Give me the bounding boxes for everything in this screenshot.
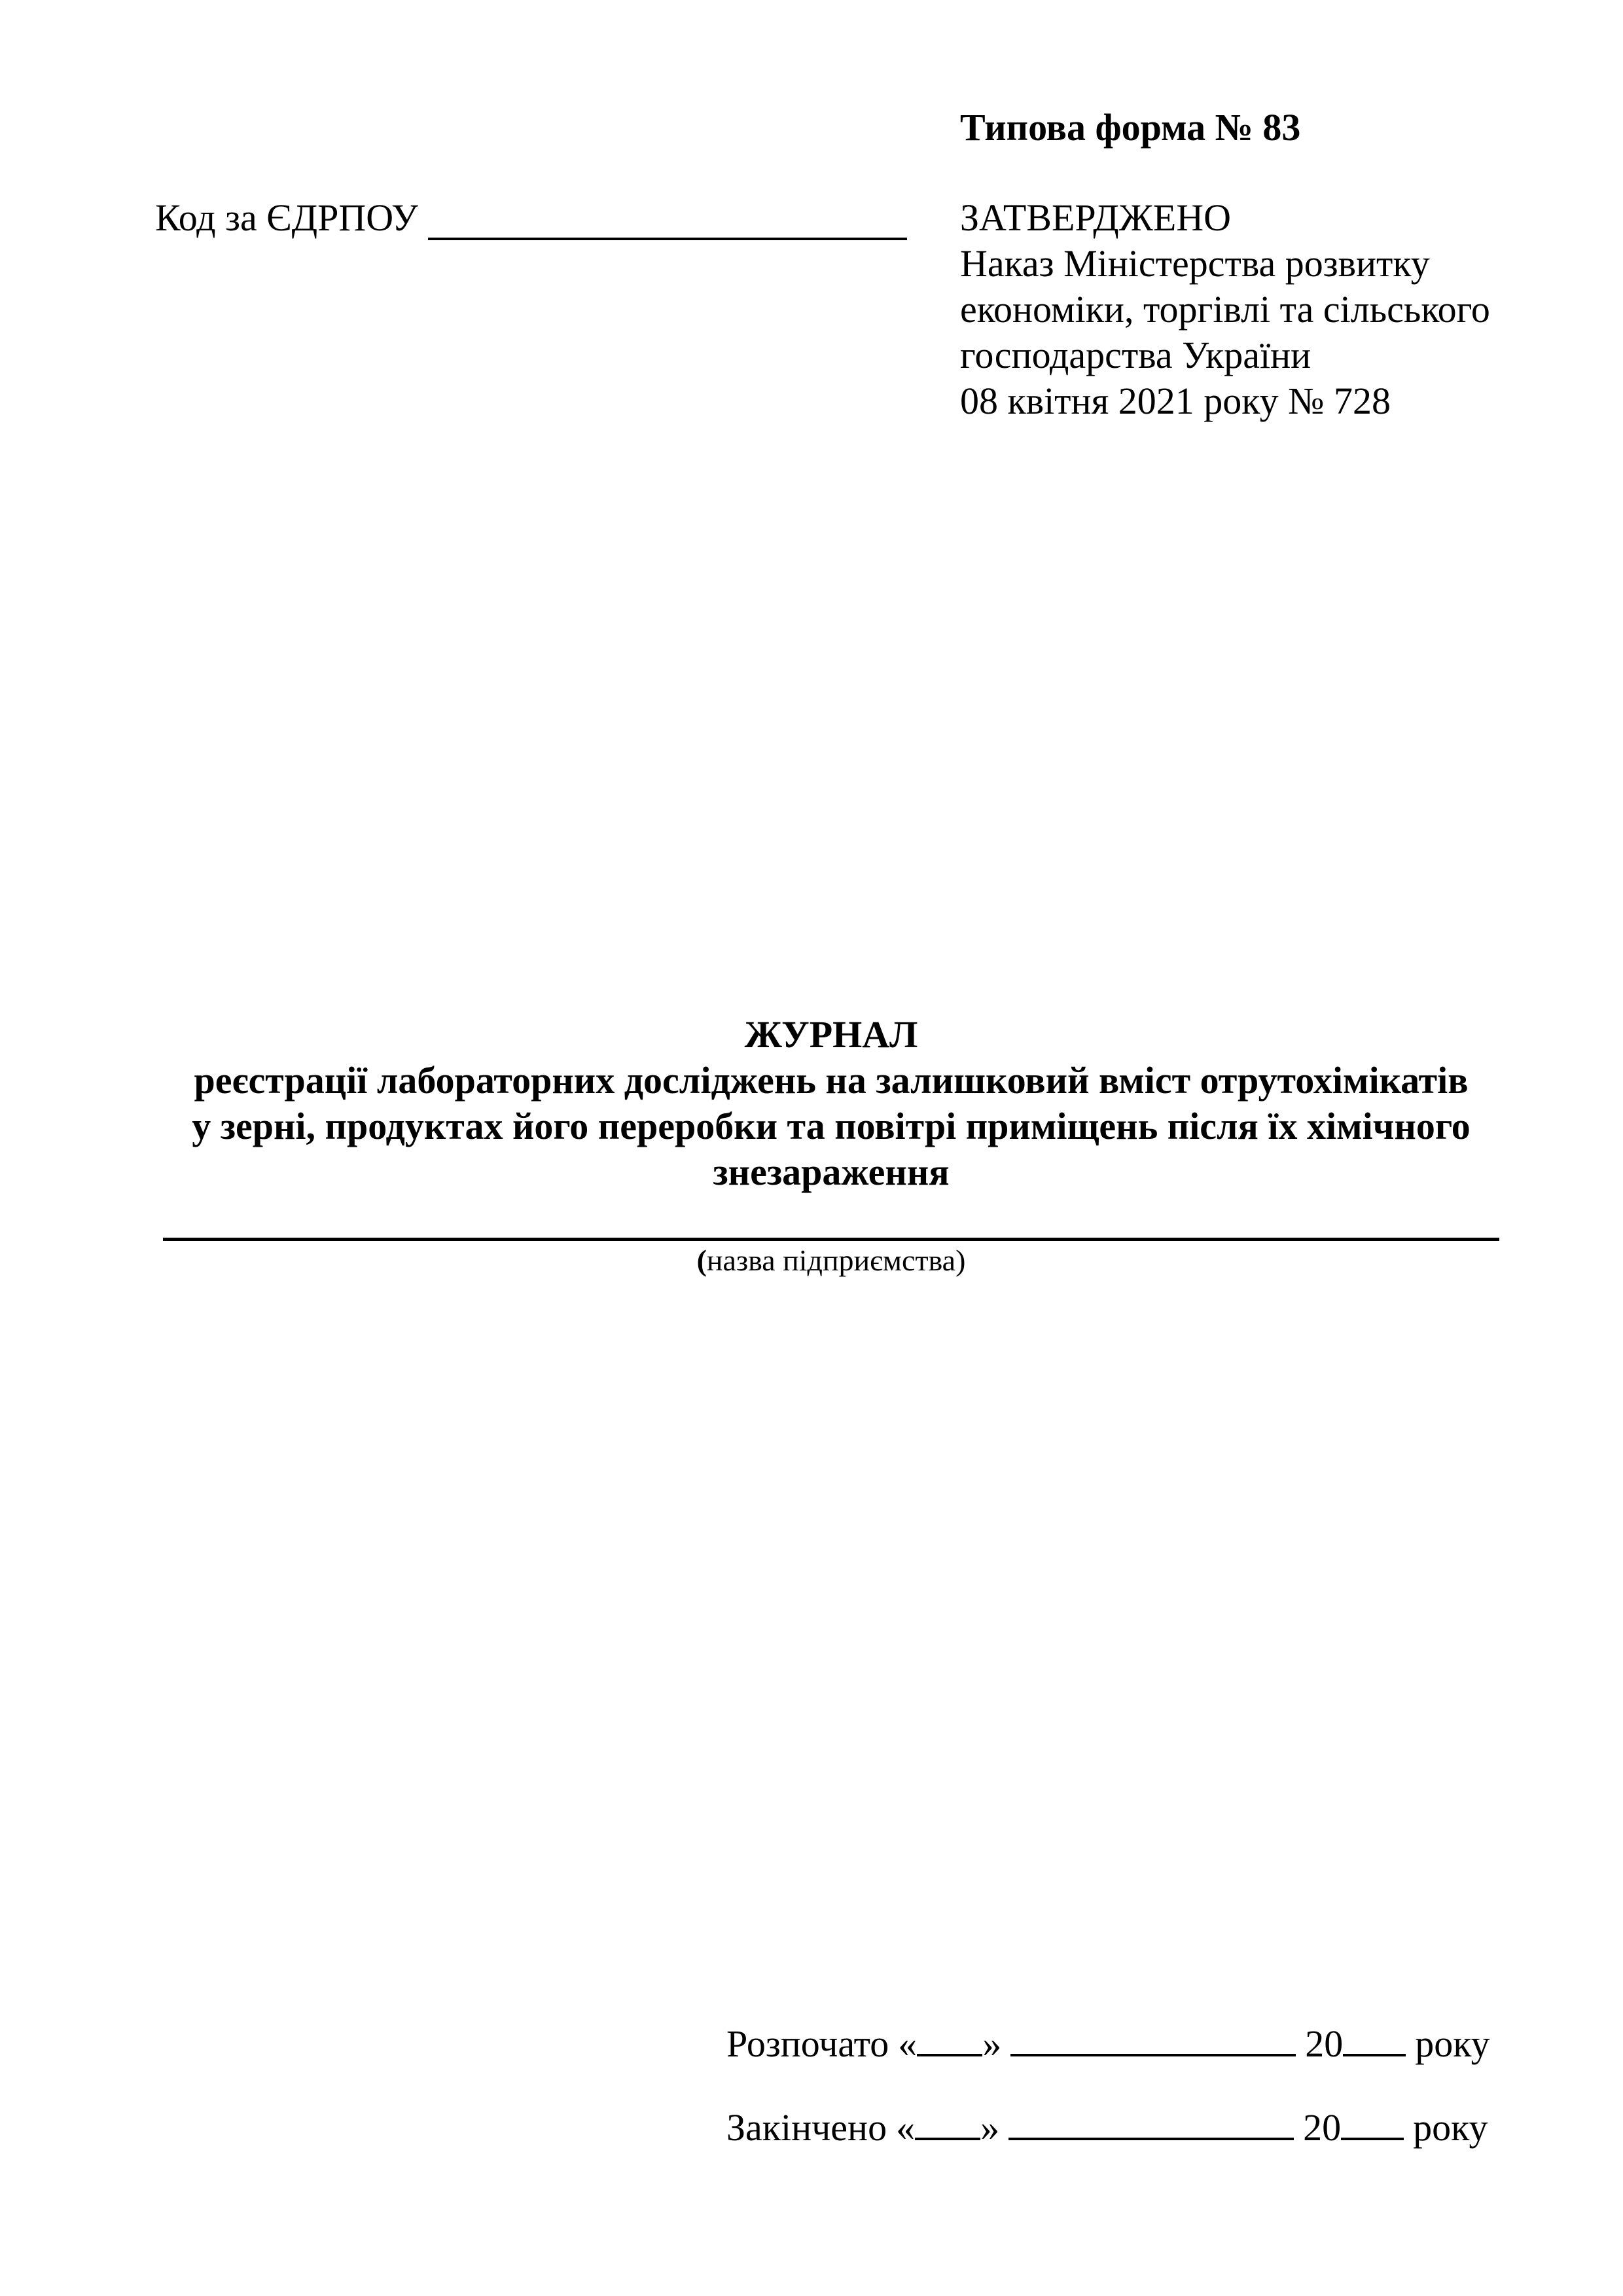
- edrpou-field[interactable]: [428, 238, 907, 240]
- started-day-field[interactable]: [917, 2024, 982, 2056]
- caption-paren: (: [697, 1244, 707, 1277]
- started-century: 20: [1305, 2021, 1343, 2067]
- journal-title: ЖУРНАЛ реєстрації лабораторних досліджен…: [163, 1012, 1499, 1195]
- quote-open: «: [898, 2021, 917, 2067]
- started-date-row: Розпочато«»20року: [726, 2021, 1499, 2067]
- quote-close: »: [980, 2105, 999, 2151]
- started-year-field[interactable]: [1343, 2024, 1406, 2056]
- approval-line: економіки, торгівлі та сільського: [960, 287, 1490, 332]
- started-label: Розпочато: [726, 2021, 889, 2067]
- journal-subtitle-line: реєстрації лабораторних досліджень на за…: [163, 1058, 1499, 1103]
- approval-line: 08 квітня 2021 року № 728: [960, 378, 1490, 424]
- finished-century: 20: [1303, 2105, 1341, 2151]
- edrpou-label: Код за ЄДРПОУ: [155, 195, 418, 241]
- finished-month-field[interactable]: [1008, 2108, 1294, 2140]
- form-number: Типова форма № 83: [960, 105, 1300, 151]
- journal-heading: ЖУРНАЛ: [163, 1012, 1499, 1058]
- approval-block: ЗАТВЕРДЖЕНО Наказ Міністерства розвитку …: [960, 195, 1490, 424]
- company-name-field[interactable]: [163, 1238, 1499, 1241]
- finished-suffix: року: [1413, 2105, 1488, 2151]
- journal-subtitle-line: у зерні, продуктах його переробки та пов…: [163, 1103, 1499, 1149]
- quote-close: »: [982, 2021, 1001, 2067]
- document-page: Типова форма № 83 Код за ЄДРПОУ ЗАТВЕРДЖ…: [0, 0, 1623, 2296]
- finished-date-row: Закінчено«»20року: [726, 2105, 1499, 2151]
- started-suffix: року: [1415, 2021, 1489, 2067]
- quote-open: «: [896, 2105, 915, 2151]
- finished-day-field[interactable]: [915, 2108, 980, 2140]
- approval-status: ЗАТВЕРДЖЕНО: [960, 195, 1490, 241]
- approval-line: Наказ Міністерства розвитку: [960, 241, 1490, 287]
- started-month-field[interactable]: [1010, 2024, 1296, 2056]
- finished-label: Закінчено: [726, 2105, 887, 2151]
- journal-subtitle-line: знезараження: [163, 1149, 1499, 1195]
- company-name-caption: (назва підприємства): [163, 1242, 1499, 1279]
- approval-line: господарства України: [960, 332, 1490, 378]
- caption-text: назва підприємства): [707, 1244, 966, 1277]
- finished-year-field[interactable]: [1341, 2108, 1404, 2140]
